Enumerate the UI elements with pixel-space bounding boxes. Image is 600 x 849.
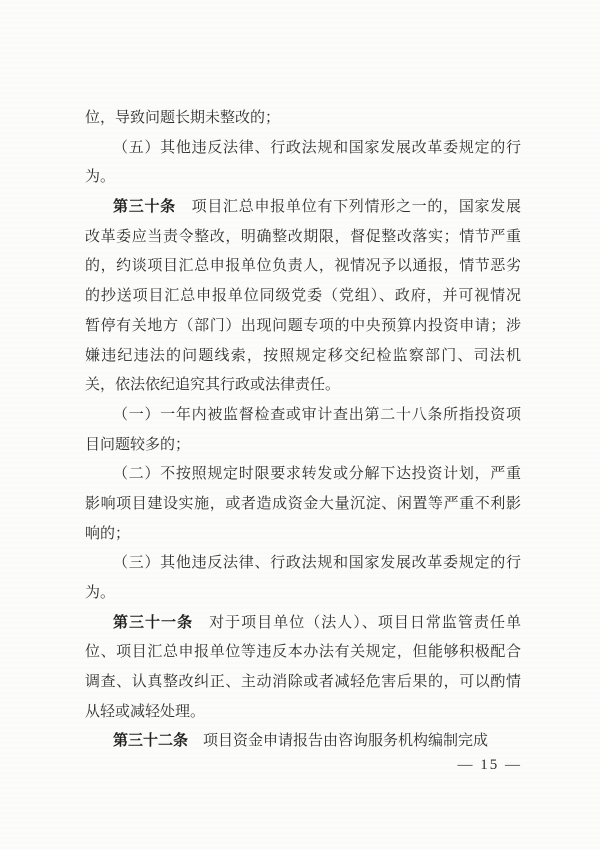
text-line: 响的； [85,520,521,550]
line-text: （五）其他违反法律、行政法规和国家发展改革委规定的行 [113,140,521,156]
line-text: 调查、认真整改纠正、主动消除或者减轻危害后果的，可以酌情 [85,674,521,690]
line-text: 位，导致问题长期未整改的； [85,110,280,126]
text-line: 嫌违纪违法的问题线索，按照规定移交纪检监察部门、司法机 [85,342,521,372]
document-body: 位，导致问题长期未整改的；（五）其他违反法律、行政法规和国家发展改革委规定的行为… [85,104,521,757]
text-line: 改革委应当责令整改，明确整改期限，督促整改落实；情节严重 [85,223,521,253]
line-text: 关，依法依纪追究其行政或法律责任。 [85,377,340,393]
page-number: — 15 — [458,755,523,775]
line-text: 位、项目汇总申报单位等违反本办法有关规定，但能够积极配合 [85,644,521,660]
text-line: 为。 [85,163,521,193]
text-line: 位、项目汇总申报单位等违反本办法有关规定，但能够积极配合 [85,638,521,668]
line-text: 从轻或减轻处理。 [85,704,205,720]
text-line: 的，约谈项目汇总申报单位负责人，视情况予以通报，情节恶劣 [85,252,521,282]
text-line: 调查、认真整改纠正、主动消除或者减轻危害后果的，可以酌情 [85,668,521,698]
text-line: 目问题较多的； [85,431,521,461]
article-number: 第三十条 [113,199,176,215]
text-line: 影响项目建设实施，或者造成资金大量沉淀、闲置等严重不利影 [85,490,521,520]
text-line: 位，导致问题长期未整改的； [85,104,521,134]
line-text: 目问题较多的； [85,437,190,453]
line-text: 暂停有关地方（部门）出现问题专项的中央预算内投资申请；涉 [85,318,521,334]
line-text: 影响项目建设实施，或者造成资金大量沉淀、闲置等严重不利影 [85,496,521,512]
line-text: 为。 [85,585,115,601]
document-page: 位，导致问题长期未整改的；（五）其他违反法律、行政法规和国家发展改革委规定的行为… [0,0,600,849]
text-line: （五）其他违反法律、行政法规和国家发展改革委规定的行 [85,134,521,164]
text-line: 关，依法依纪追究其行政或法律责任。 [85,371,521,401]
text-line: 的抄送项目汇总申报单位同级党委（党组）、政府，并可视情况 [85,282,521,312]
line-text: （二）不按照规定时限要求转发或分解下达投资计划，严重 [113,466,521,482]
text-line: 从轻或减轻处理。 [85,698,521,728]
article-number: 第三十一条 [113,615,193,631]
line-text: 响的； [85,526,130,542]
line-text: （三）其他违反法律、行政法规和国家发展改革委规定的行 [113,555,521,571]
line-text: 的，约谈项目汇总申报单位负责人，视情况予以通报，情节恶劣 [85,258,521,274]
text-line: （二）不按照规定时限要求转发或分解下达投资计划，严重 [85,460,521,490]
article-number: 第三十二条 [113,733,188,749]
line-text: 改革委应当责令整改，明确整改期限，督促整改落实；情节严重 [85,229,521,245]
line-text: 项目资金申请报告由咨询服务机构编制完成 [188,733,488,749]
line-text: 的抄送项目汇总申报单位同级党委（党组）、政府，并可视情况 [85,288,521,304]
line-text: 嫌违纪违法的问题线索，按照规定移交纪检监察部门、司法机 [85,348,521,364]
text-line: （一）一年内被监督检查或审计查出第二十八条所指投资项 [85,401,521,431]
text-line: 第三十二条 项目资金申请报告由咨询服务机构编制完成 [85,727,521,757]
line-text: （一）一年内被监督检查或审计查出第二十八条所指投资项 [113,407,521,423]
text-line: 暂停有关地方（部门）出现问题专项的中央预算内投资申请；涉 [85,312,521,342]
line-text: 对于项目单位（法人）、项目日常监管责任单 [193,615,521,631]
text-line: 第三十条 项目汇总申报单位有下列情形之一的，国家发展 [85,193,521,223]
line-text: 项目汇总申报单位有下列情形之一的，国家发展 [176,199,521,215]
text-line: 为。 [85,579,521,609]
text-line: （三）其他违反法律、行政法规和国家发展改革委规定的行 [85,549,521,579]
line-text: 为。 [85,169,115,185]
text-line: 第三十一条 对于项目单位（法人）、项目日常监管责任单 [85,609,521,639]
